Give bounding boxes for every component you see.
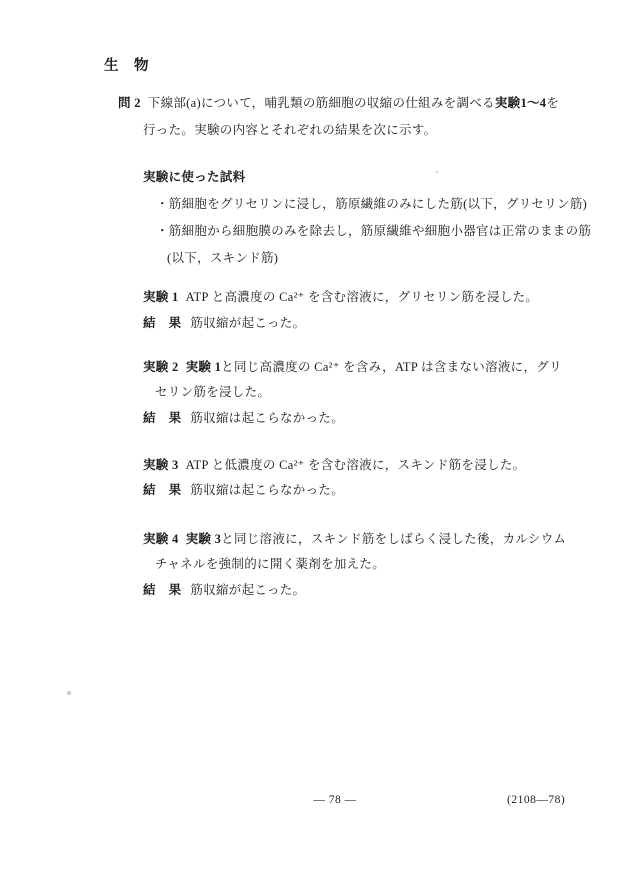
experiment-1-result-line: 結 果筋収縮が起こった。 [143,315,305,331]
page-number: — 78 — [285,792,385,808]
experiment-4-ref: 実験 3 [186,532,222,546]
experiment-1-result: 筋収縮が起こった。 [190,316,305,330]
experiment-2-statement: 実験 2実験 1と同じ高濃度の Ca²⁺ を含み，ATP は含まない溶液に，グリ [143,359,562,375]
experiment-2-statement-line2: セリン筋を浸した。 [155,384,270,400]
experiment-4-label: 実験 4 [143,532,179,546]
question-text-bold: 実験1～4 [495,96,547,110]
document-page: 生 物 問 2下線部(a)について，哺乳類の筋細胞の収縮の仕組みを調べる実験1～… [0,0,620,876]
experiment-4-result-label: 結 果 [143,583,181,597]
experiment-3-body: ATP と低濃度の Ca²⁺ を含む溶液に，スキンド筋を浸した。 [186,458,526,472]
experiment-1-statement: 実験 1ATP と高濃度の Ca²⁺ を含む溶液に，グリセリン筋を浸した。 [143,289,538,305]
materials-item-skinned: ・筋細胞から細胞膜のみを除去し，筋原繊維や細胞小器官は正常のままの筋 [156,223,591,239]
experiment-4-statement: 実験 4実験 3と同じ溶液に，スキンド筋をしばらく浸した後，カルシウム [143,531,566,547]
question-number: 問 2 [118,96,141,110]
experiment-3-result: 筋収縮は起こらなかった。 [190,483,344,497]
experiment-1-result-label: 結 果 [143,316,181,330]
experiment-2-result-line: 結 果筋収縮は起こらなかった。 [143,410,344,426]
experiment-3-result-label: 結 果 [143,483,181,497]
experiment-2-label: 実験 2 [143,360,179,374]
materials-heading: 実験に使った試料 [143,169,245,185]
experiment-2-ref: 実験 1 [186,360,222,374]
materials-item-glycerin: ・筋細胞をグリセリンに浸し，筋原繊維のみにした筋(以下，グリセリン筋) [156,196,587,212]
experiment-2-result-label: 結 果 [143,411,181,425]
question-statement-line2: 行った。実験の内容とそれぞれの結果を次に示す。 [143,122,436,138]
experiment-1-body: ATP と高濃度の Ca²⁺ を含む溶液に，グリセリン筋を浸した。 [186,290,539,304]
experiment-2-result: 筋収縮は起こらなかった。 [190,411,344,425]
experiment-4-statement-line2: チャネルを強制的に開く薬剤を加えた。 [155,556,385,572]
scan-artifact [436,171,438,173]
experiment-4-body: と同じ溶液に，スキンド筋をしばらく浸した後，カルシウム [221,532,566,546]
experiment-2-body: と同じ高濃度の Ca²⁺ を含み，ATP は含まない溶液に，グリ [221,360,562,374]
experiment-3-result-line: 結 果筋収縮は起こらなかった。 [143,482,344,498]
experiment-4-result: 筋収縮が起こった。 [190,583,305,597]
experiment-1-label: 実験 1 [143,290,179,304]
question-text-regular: 下線部(a)について，哺乳類の筋細胞の収縮の仕組みを調べる [148,96,495,110]
experiment-3-label: 実験 3 [143,458,179,472]
subject-title: 生 物 [104,58,149,74]
question-statement-line1: 問 2下線部(a)について，哺乳類の筋細胞の収縮の仕組みを調べる実験1～4を [118,95,559,111]
question-text-tail: を [546,96,559,110]
document-code: (2108—78) [507,792,565,808]
scan-artifact [67,691,71,695]
experiment-4-result-line: 結 果筋収縮が起こった。 [143,582,305,598]
materials-item-skinned-cont: (以下，スキンド筋) [167,250,278,266]
experiment-3-statement: 実験 3ATP と低濃度の Ca²⁺ を含む溶液に，スキンド筋を浸した。 [143,457,525,473]
